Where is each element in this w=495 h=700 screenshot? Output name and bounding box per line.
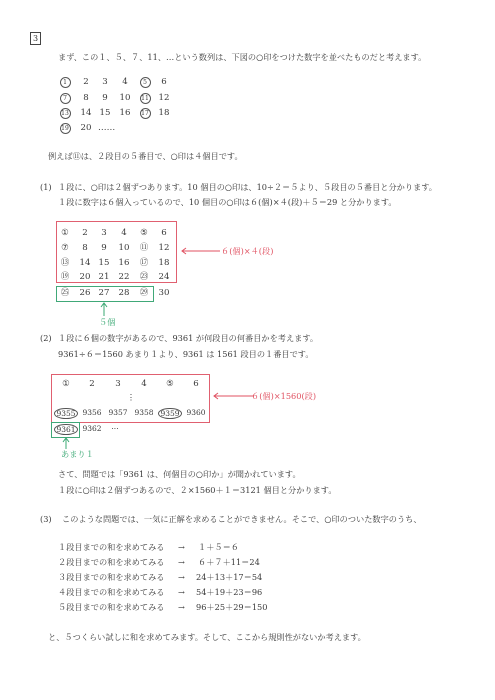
green-label-remainder: あまり１: [61, 449, 94, 459]
intro-text: まず、この１、５、７、11、…という数列は、下図の○印をつけた数字を並べたものだ…: [58, 52, 426, 62]
grid-cell: 20: [79, 123, 93, 133]
part1-label: (1): [40, 182, 52, 192]
grid-cell: 6: [157, 77, 171, 87]
part2-line1: １段に６個の数字があるので、9361 が何段目の何番目かを考えます。: [58, 333, 318, 343]
problem-number: 3: [30, 32, 41, 45]
sum-row-right: 96＋25＋29＝150: [196, 602, 267, 612]
part1-line1: １段に、○印は２個ずつあります。10 個目の○印は、10÷２＝５より、５段目の５…: [58, 182, 437, 192]
closing-text: と、５つくらい試しに和を求めてみます。そして、ここから規則性がないか考えます。: [48, 632, 366, 642]
grid-cell: 4: [134, 379, 154, 389]
grid-cell: 16: [117, 258, 131, 268]
grid-ellipsis: ···: [106, 424, 124, 434]
grid-cell-circled: 17: [138, 108, 152, 119]
grid-cell: 2: [79, 77, 93, 87]
grid-cell: 10: [118, 93, 132, 103]
grid-cell: 4: [117, 228, 131, 238]
grid-cell: 8: [78, 243, 92, 253]
arrow-up-icon: [99, 302, 109, 316]
grid-cell: 27: [97, 288, 111, 298]
grid-cell: 18: [157, 108, 171, 118]
grid-cell: 4: [118, 77, 132, 87]
arrow-left-icon: [180, 247, 220, 255]
sum-row-left: ５段目までの和を求めてみる: [58, 602, 164, 612]
part2-label: (2): [40, 333, 52, 343]
grid-cell: ①: [56, 379, 76, 389]
sum-row-left: ４段目までの和を求めてみる: [58, 587, 164, 597]
grid-cell: 2: [82, 379, 102, 389]
example-text: 例えば⑪は、２段目の５番目で、○印は４個目です。: [48, 151, 243, 161]
grid-cell: 21: [97, 272, 111, 282]
part3-line1: このような問題では、一気に正解を求めることができません。そこで、○印のついた数字…: [62, 514, 422, 524]
grid-cell-circled: 9361: [54, 424, 78, 435]
grid-cell: 15: [97, 258, 111, 268]
grid-cell: 9356: [80, 408, 104, 418]
part1-line2: １段に数字は６個入っているので、10 個目の○印は６(個)×４(段)＋５＝29 …: [58, 197, 397, 207]
grid-cell: 16: [118, 108, 132, 118]
red-label-6x4: ６(個)×４(段): [221, 246, 273, 256]
grid-cell: 20: [78, 272, 92, 282]
grid-cell: 2: [78, 228, 92, 238]
grid-cell: ⑲: [58, 272, 72, 282]
vertical-dots: ⋮: [121, 393, 141, 403]
sum-row-arrow: →: [178, 572, 185, 582]
sum-row-arrow: →: [178, 602, 185, 612]
sum-row-left: ２段目までの和を求めてみる: [58, 557, 164, 567]
sum-row-left: １段目までの和を求めてみる: [58, 542, 164, 552]
part3-label: (3): [40, 514, 52, 524]
grid-cell: ⑬: [58, 258, 72, 268]
grid-cell: 9357: [106, 408, 130, 418]
grid-cell-circled: 19: [58, 123, 72, 134]
grid-cell: 18: [157, 258, 171, 268]
grid-cell: 9: [97, 243, 111, 253]
grid-cell: 9358: [132, 408, 156, 418]
grid-cell: 30: [157, 288, 171, 298]
grid-cell-circled: 9359: [158, 408, 182, 419]
grid-cell: ⑤: [160, 379, 180, 389]
grid-cell: 14: [78, 258, 92, 268]
part2-line4: １段に○印は２個ずつあるので、２×1560＋１＝3121 個目と分かります。: [58, 485, 337, 495]
grid-cell-circled: 9355: [54, 408, 78, 419]
grid-cell: 3: [97, 228, 111, 238]
part2-line2: 9361÷６＝1560 あまり１より、9361 は 1561 段目の１番目です。: [58, 349, 314, 359]
grid-cell: 8: [79, 93, 93, 103]
grid-cell: 6: [157, 228, 171, 238]
grid-cell-circled: 13: [58, 108, 72, 119]
grid-cell: ①: [58, 228, 72, 238]
grid-ellipsis: ……: [98, 123, 116, 133]
sum-row-right: 24＋13＋17＝54: [196, 572, 262, 582]
grid-cell: ⑪: [137, 243, 151, 253]
grid-cell: 6: [186, 379, 206, 389]
sum-row-arrow: →: [178, 557, 185, 567]
grid-cell: ㉙: [137, 288, 151, 298]
grid-cell: 3: [98, 77, 112, 87]
grid-cell: ㉓: [137, 272, 151, 282]
grid-cell: 26: [78, 288, 92, 298]
sum-row-right: ６＋７＋11＝24: [198, 557, 260, 567]
grid-cell: 28: [117, 288, 131, 298]
grid-cell: 9: [98, 93, 112, 103]
arrow-left-icon: [212, 392, 254, 400]
sum-row-left: ３段目までの和を求めてみる: [58, 572, 164, 582]
grid-cell-circled: 1: [58, 77, 72, 88]
green-label-5: ５個: [99, 317, 115, 327]
arrow-up-icon: [61, 437, 71, 449]
grid-cell: 15: [98, 108, 112, 118]
grid-cell: 24: [157, 272, 171, 282]
grid-cell: ⑰: [137, 258, 151, 268]
grid-cell: 3: [108, 379, 128, 389]
sum-row-right: １＋５＝６: [198, 542, 239, 552]
grid-cell: ⑤: [137, 228, 151, 238]
grid-cell-circled: 7: [58, 93, 72, 104]
grid-cell: 22: [117, 272, 131, 282]
grid-cell: 12: [157, 93, 171, 103]
red-label-6x1560: ６(個)×1560(段): [251, 391, 316, 401]
grid-cell: 14: [79, 108, 93, 118]
grid-cell-circled: 11: [138, 93, 152, 104]
sum-row-arrow: →: [178, 587, 185, 597]
grid-cell: 10: [117, 243, 131, 253]
sum-row-arrow: →: [178, 542, 185, 552]
sum-row-right: 54＋19＋23＝96: [196, 587, 262, 597]
grid-cell-circled: 5: [138, 77, 152, 88]
grid-cell: ㉕: [58, 288, 72, 298]
grid-cell: ⑦: [58, 243, 72, 253]
grid-cell: 9362: [80, 424, 104, 434]
part2-line3: さて、問題では「9361 は、何個目の○印か」が聞かれています。: [58, 469, 301, 479]
grid-cell: 9360: [184, 408, 208, 418]
grid-cell: 12: [157, 243, 171, 253]
